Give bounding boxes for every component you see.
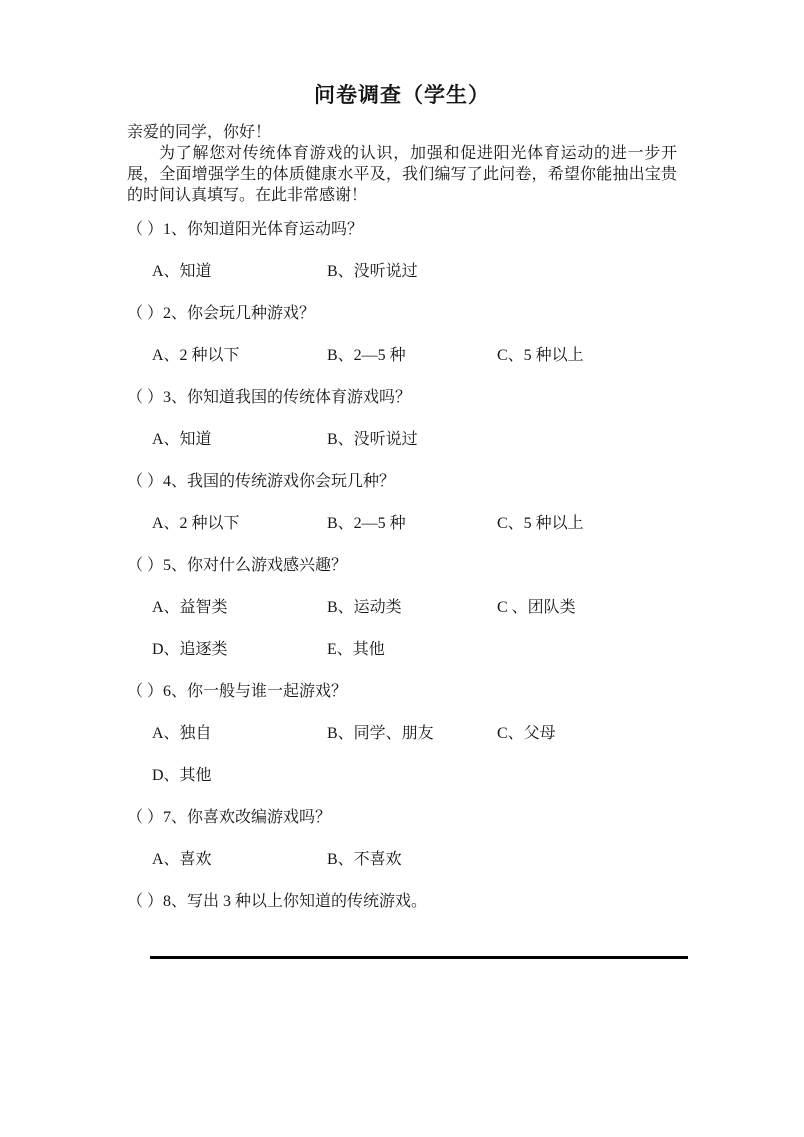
option-item: B、同学、朋友 xyxy=(327,724,497,744)
option-row: D、追逐类E、其他 xyxy=(127,640,677,660)
option-item: A、益智类 xyxy=(152,598,327,618)
question-label: （ ）8、写出 3 种以上你知道的传统游戏。 xyxy=(127,892,677,912)
option-item: B、不喜欢 xyxy=(327,850,497,870)
option-item: C 、团队类 xyxy=(497,598,576,618)
document-content: 问卷调查（学生） 亲爱的同学，你好！ 为了解您对传统体育游戏的认识，加强和促进阳… xyxy=(127,84,677,959)
option-item: D、追逐类 xyxy=(152,640,327,660)
option-row: A、知道B、没听说过 xyxy=(127,430,677,450)
option-item: C、父母 xyxy=(497,724,556,744)
question-label: （ ）3、你知道我国的传统体育游戏吗？ xyxy=(127,388,677,408)
option-row: A、2 种以下B、2—5 种C、5 种以上 xyxy=(127,514,677,534)
question-label: （ ）4、我国的传统游戏你会玩几种？ xyxy=(127,472,677,492)
option-item: A、知道 xyxy=(152,262,327,282)
question-label: （ ）7、你喜欢改编游戏吗？ xyxy=(127,808,677,828)
option-row: D、其他 xyxy=(127,766,677,786)
answer-blank-line xyxy=(150,956,688,959)
option-row: A、益智类B、运动类C 、团队类 xyxy=(127,598,677,618)
option-item: B、没听说过 xyxy=(327,262,497,282)
option-row: A、知道B、没听说过 xyxy=(127,262,677,282)
option-item: B、运动类 xyxy=(327,598,497,618)
option-item: C、5 种以上 xyxy=(497,346,584,366)
questions: （ ）1、你知道阳光体育运动吗？A、知道B、没听说过（ ）2、你会玩几种游戏？A… xyxy=(127,220,677,912)
option-item: B、2—5 种 xyxy=(327,514,497,534)
page-title: 问卷调查（学生） xyxy=(127,84,677,106)
question-label: （ ）6、你一般与谁一起游戏？ xyxy=(127,682,677,702)
option-row: A、2 种以下B、2—5 种C、5 种以上 xyxy=(127,346,677,366)
option-item: B、2—5 种 xyxy=(327,346,497,366)
option-item: A、知道 xyxy=(152,430,327,450)
option-item: A、独自 xyxy=(152,724,327,744)
option-item: A、2 种以下 xyxy=(152,514,327,534)
question-label: （ ）2、你会玩几种游戏？ xyxy=(127,304,677,324)
option-item: A、2 种以下 xyxy=(152,346,327,366)
option-item: E、其他 xyxy=(327,640,497,660)
option-row: A、独自B、同学、朋友C、父母 xyxy=(127,724,677,744)
document-page: 问卷调查（学生） 亲爱的同学，你好！ 为了解您对传统体育游戏的认识，加强和促进阳… xyxy=(0,0,804,1137)
greeting-text: 亲爱的同学，你好！ xyxy=(127,122,677,143)
option-item: D、其他 xyxy=(152,766,327,786)
question-label: （ ）1、你知道阳光体育运动吗？ xyxy=(127,220,677,240)
option-item: C、5 种以上 xyxy=(497,514,584,534)
question-label: （ ）5、你对什么游戏感兴趣？ xyxy=(127,556,677,576)
option-item: A、喜欢 xyxy=(152,850,327,870)
option-row: A、喜欢B、不喜欢 xyxy=(127,850,677,870)
option-item: B、没听说过 xyxy=(327,430,497,450)
intro-paragraph: 为了解您对传统体育游戏的认识，加强和促进阳光体育运动的进一步开展，全面增强学生的… xyxy=(127,143,677,206)
